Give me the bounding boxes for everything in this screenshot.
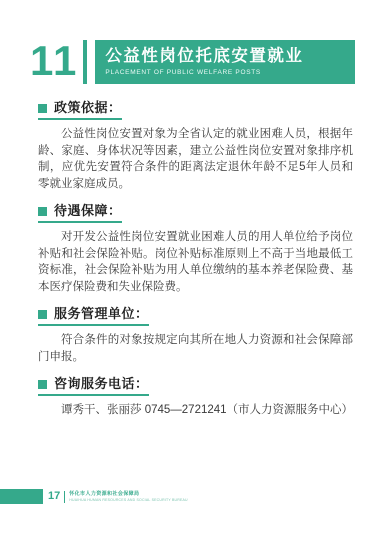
section-service-unit: 服务管理单位： 符合条件的对象按规定向其所在地人力资源和社会保障部门申报。 [38,307,353,365]
header-divider [83,40,87,84]
footer-divider [64,491,65,503]
section-paragraph: 对开发公益性岗位安置就业困难人员的用人单位给予岗位补贴和社会保险补贴。岗位补贴标… [38,229,353,295]
page-footer: 17 怀化市人力资源和社会保障局 HUAIHUA HUMAN RESOURCES… [0,489,188,504]
page-header: 11 公益性岗位托底安置就业 PLACEMENT OF PUBLIC WELFA… [30,40,355,84]
square-bullet-icon [38,380,47,389]
title-banner: 公益性岗位托底安置就业 PLACEMENT OF PUBLIC WELFARE … [95,40,355,84]
section-heading-label: 咨询服务电话： [54,377,149,391]
square-bullet-icon [38,310,47,319]
section-heading-label: 待遇保障： [54,204,122,218]
section-contact-phone: 咨询服务电话： 谭秀干、张丽莎 0745—2721241（市人力资源服务中心） [38,377,353,419]
section-heading: 待遇保障： [38,204,122,223]
footer-org-name-en: HUAIHUA HUMAN RESOURCES AND SOCIAL SECUR… [69,498,188,503]
section-heading-label: 服务管理单位： [54,307,149,321]
page-title: 公益性岗位托底安置就业 [105,45,347,67]
section-paragraph: 符合条件的对象按规定向其所在地人力资源和社会保障部门申报。 [38,332,353,365]
footer-org-name-cn: 怀化市人力资源和社会保障局 [69,491,188,497]
section-heading: 咨询服务电话： [38,377,149,396]
section-heading: 服务管理单位： [38,307,149,326]
page-subtitle: PLACEMENT OF PUBLIC WELFARE POSTS [105,69,347,76]
page-number: 17 [47,489,64,504]
section-heading: 政策依据： [38,101,122,120]
square-bullet-icon [38,104,47,113]
section-policy-basis: 政策依据： 公益性岗位安置对象为全省认定的就业困难人员，根据年龄、家庭、身体状况… [38,101,353,192]
section-heading-label: 政策依据： [54,101,122,115]
page-content: 政策依据： 公益性岗位安置对象为全省认定的就业困难人员，根据年龄、家庭、身体状况… [38,101,353,431]
footer-stripe [0,489,43,504]
section-number: 11 [30,40,83,84]
section-paragraph: 公益性岗位安置对象为全省认定的就业困难人员，根据年龄、家庭、身体状况等因素，建立… [38,126,353,192]
section-benefits: 待遇保障： 对开发公益性岗位安置就业困难人员的用人单位给予岗位补贴和社会保险补贴… [38,204,353,295]
footer-org: 怀化市人力资源和社会保障局 HUAIHUA HUMAN RESOURCES AN… [69,491,188,503]
handbook-page: 11 公益性岗位托底安置就业 PLACEMENT OF PUBLIC WELFA… [0,0,385,544]
square-bullet-icon [38,207,47,216]
contact-phone-line: 谭秀干、张丽莎 0745—2721241（市人力资源服务中心） [38,402,353,419]
